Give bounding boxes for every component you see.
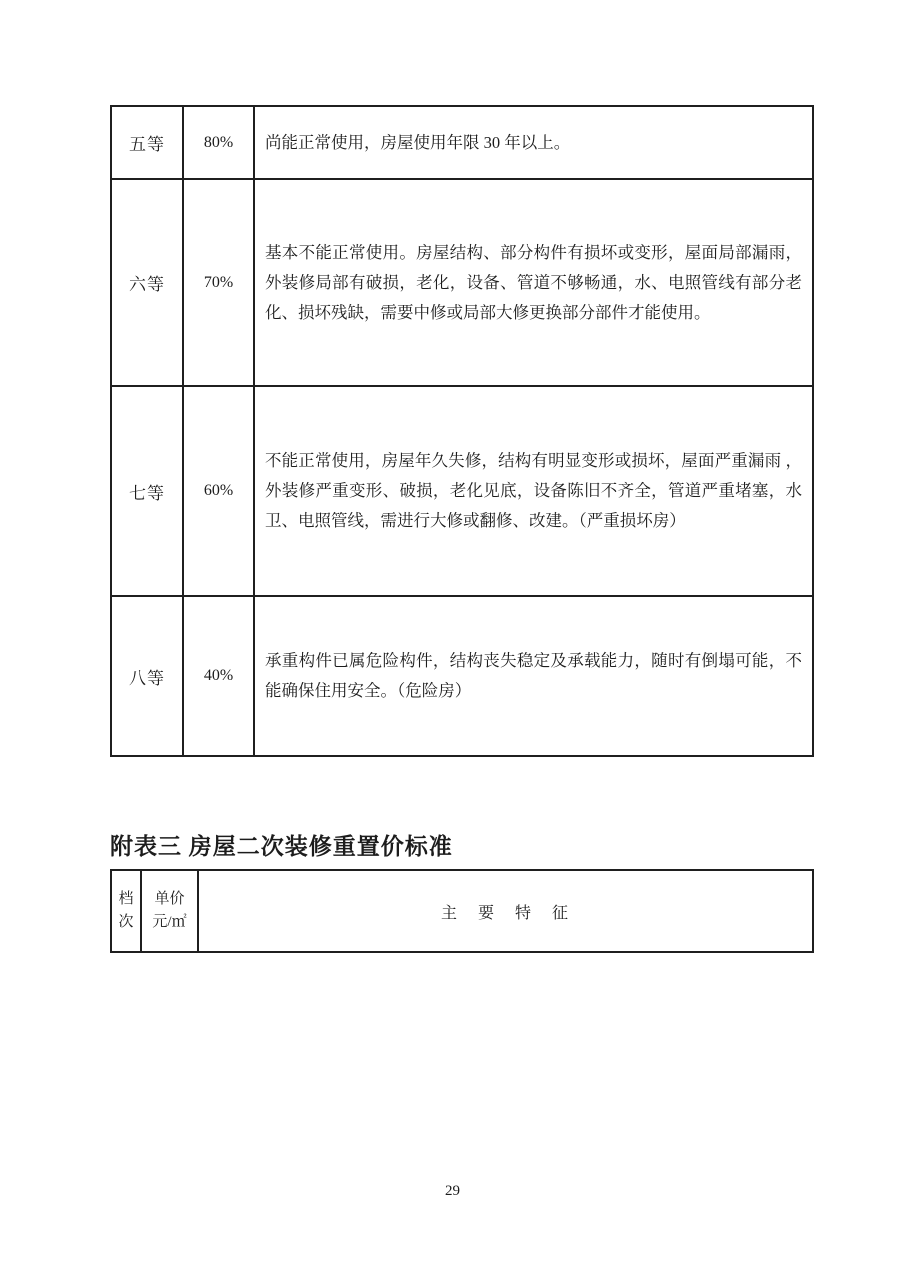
appendix-price-table: 档 次 单价 元/㎡ 主 要 特 征 xyxy=(110,869,814,953)
header-text-line: 次 xyxy=(113,911,139,934)
table-row: 七等 60% 不能正常使用，房屋年久失修，结构有明显变形或损坏，屋面严重漏雨 ，… xyxy=(111,386,813,596)
table-row: 五等 80% 尚能正常使用，房屋使用年限 30 年以上。 xyxy=(111,106,813,179)
header-cell-main-features: 主 要 特 征 xyxy=(198,870,813,952)
appendix-title: 附表三 房屋二次装修重置价标准 xyxy=(110,828,453,861)
grade-cell: 七等 xyxy=(111,386,183,596)
header-cell-unit-price: 单价 元/㎡ xyxy=(141,870,198,952)
description-cell: 承重构件已属危险构件，结构丧失稳定及承载能力，随时有倒塌可能，不能确保住用安全。… xyxy=(254,596,813,756)
grade-cell: 五等 xyxy=(111,106,183,179)
table-row: 八等 40% 承重构件已属危险构件，结构丧失稳定及承载能力，随时有倒塌可能，不能… xyxy=(111,596,813,756)
grade-cell: 六等 xyxy=(111,179,183,386)
grade-cell: 八等 xyxy=(111,596,183,756)
page-number: 29 xyxy=(0,1183,905,1200)
description-cell: 尚能正常使用，房屋使用年限 30 年以上。 xyxy=(254,106,813,179)
percent-cell: 40% xyxy=(183,596,254,756)
table-row: 六等 70% 基本不能正常使用。房屋结构、部分构件有损坏或变形，屋面局部漏雨，外… xyxy=(111,179,813,386)
document-page: 五等 80% 尚能正常使用，房屋使用年限 30 年以上。 六等 70% 基本不能… xyxy=(0,0,905,1280)
table-header-row: 档 次 单价 元/㎡ 主 要 特 征 xyxy=(111,870,813,952)
header-text-line: 元/㎡ xyxy=(143,911,196,934)
header-text-line: 单价 xyxy=(143,888,196,911)
description-cell: 不能正常使用，房屋年久失修，结构有明显变形或损坏，屋面严重漏雨 ，外装修严重变形… xyxy=(254,386,813,596)
percent-cell: 60% xyxy=(183,386,254,596)
description-cell: 基本不能正常使用。房屋结构、部分构件有损坏或变形，屋面局部漏雨，外装修局部有破损… xyxy=(254,179,813,386)
header-cell-grade-class: 档 次 xyxy=(111,870,141,952)
percent-cell: 80% xyxy=(183,106,254,179)
percent-cell: 70% xyxy=(183,179,254,386)
grade-depreciation-table: 五等 80% 尚能正常使用，房屋使用年限 30 年以上。 六等 70% 基本不能… xyxy=(110,105,814,757)
header-text-line: 档 xyxy=(113,888,139,911)
